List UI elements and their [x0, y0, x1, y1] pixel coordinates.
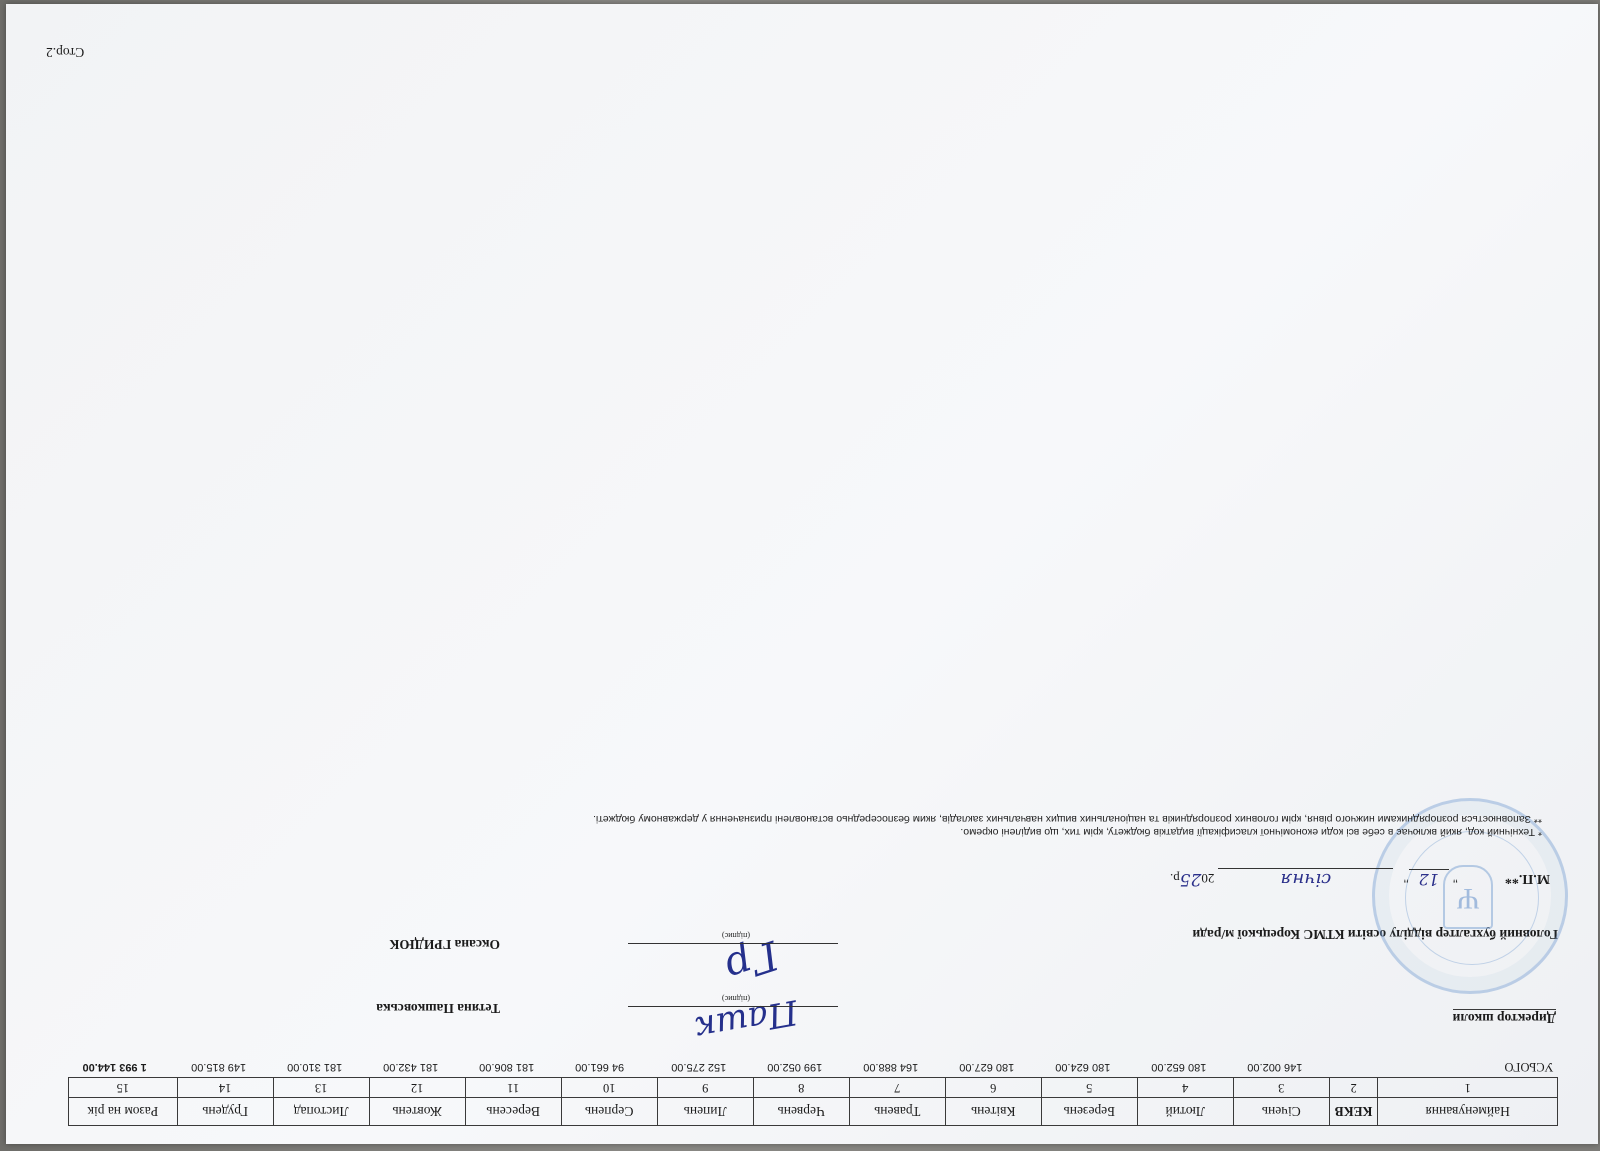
total-value-cell: 146 002.00	[1233, 1057, 1329, 1078]
date-open-quote: "	[1453, 871, 1458, 886]
accountant-signature-caption: (підпис)	[722, 931, 750, 940]
document-page: НайменуванняКЕКВСіченьЛютийБерезеньКвіте…	[6, 4, 1598, 1144]
column-header: Грудень	[177, 1098, 273, 1126]
total-value-cell: 199 052.00	[753, 1057, 849, 1078]
page-number: Стор.2	[46, 44, 84, 60]
column-header: Січень	[1233, 1098, 1329, 1126]
column-header: Липень	[657, 1098, 753, 1126]
column-number-cell: 2	[1329, 1078, 1378, 1098]
date-close-quote: "	[1403, 871, 1408, 886]
stamp-place-label: М.П.**	[1505, 870, 1550, 886]
column-number-cell: 12	[369, 1078, 465, 1098]
total-value-cell: 181 806.00	[465, 1057, 561, 1078]
column-header: Травень	[849, 1098, 945, 1126]
accountant-signature-line	[628, 943, 838, 944]
column-number-cell: 15	[69, 1078, 178, 1098]
footnote-2: ** Заповнюється розпорядниками нижчого р…	[593, 812, 1542, 825]
budget-table: НайменуванняКЕКВСіченьЛютийБерезеньКвіте…	[68, 1057, 1558, 1126]
column-number-cell: 11	[465, 1078, 561, 1098]
total-value-cell: 164 888.00	[849, 1057, 945, 1078]
column-number-cell: 14	[177, 1078, 273, 1098]
column-header: Серпень	[561, 1098, 657, 1126]
footnote-1: * Технічний код, який включає в себе всі…	[593, 825, 1542, 838]
total-value-cell: 180 624.00	[1041, 1057, 1137, 1078]
total-value-cell: 149 815.00	[177, 1057, 273, 1078]
director-signature-caption: (підпис)	[722, 994, 750, 1003]
column-header: Вересень	[465, 1098, 561, 1126]
signing-date: "12"січня2025р.	[1170, 868, 1458, 890]
column-number-cell: 10	[561, 1078, 657, 1098]
director-label: Директор школи	[1453, 1009, 1556, 1026]
total-value-cell: 1 993 144.00	[69, 1057, 178, 1078]
column-number-cell: 6	[945, 1078, 1041, 1098]
total-value-cell: 180 627.00	[945, 1057, 1041, 1078]
column-number-cell: 3	[1233, 1078, 1329, 1098]
column-header: КЕКВ	[1329, 1098, 1378, 1126]
total-value-cell: 181 310.00	[273, 1057, 369, 1078]
accountant-signature: Гр	[720, 931, 784, 991]
director-name: Тетяна Пашковська	[376, 1000, 500, 1016]
total-value-cell: 181 432.00	[369, 1057, 465, 1078]
column-number-cell: 5	[1041, 1078, 1137, 1098]
column-number-row: 123456789101112131415	[69, 1078, 1558, 1098]
date-year-prefix: 20	[1201, 871, 1214, 886]
footnotes: * Технічний код, який включає в себе всі…	[593, 812, 1542, 838]
total-value-cell: 152 275.00	[657, 1057, 753, 1078]
column-header: Березень	[1041, 1098, 1137, 1126]
column-header: Разом на рік	[69, 1098, 178, 1126]
date-month: січня	[1218, 868, 1393, 890]
column-header: Лютий	[1137, 1098, 1233, 1126]
total-label: УСЬОГО	[1378, 1057, 1558, 1078]
date-suffix: р.	[1170, 871, 1180, 886]
director-signature-line	[628, 1006, 838, 1007]
total-value-cell: 180 652.00	[1137, 1057, 1233, 1078]
column-number-cell: 8	[753, 1078, 849, 1098]
column-number-cell: 13	[273, 1078, 369, 1098]
accountant-name: Оксана ГРИДЮК	[390, 936, 500, 952]
date-day: 12	[1409, 869, 1449, 889]
column-number-cell: 4	[1137, 1078, 1233, 1098]
column-header: Жовтень	[369, 1098, 465, 1126]
table-header-row: НайменуванняКЕКВСіченьЛютийБерезеньКвіте…	[69, 1098, 1558, 1126]
column-header: Листопад	[273, 1098, 369, 1126]
column-number-cell: 1	[1378, 1078, 1558, 1098]
column-header: Квітень	[945, 1098, 1041, 1126]
total-kekv	[1329, 1057, 1378, 1078]
column-header: Найменування	[1378, 1098, 1558, 1126]
total-value-cell: 94 661.00	[561, 1057, 657, 1078]
date-year: 25	[1180, 869, 1202, 889]
column-number-cell: 9	[657, 1078, 753, 1098]
column-number-cell: 7	[849, 1078, 945, 1098]
column-header: Червень	[753, 1098, 849, 1126]
total-row: УСЬОГО146 002.00180 652.00180 624.00180 …	[69, 1057, 1558, 1078]
